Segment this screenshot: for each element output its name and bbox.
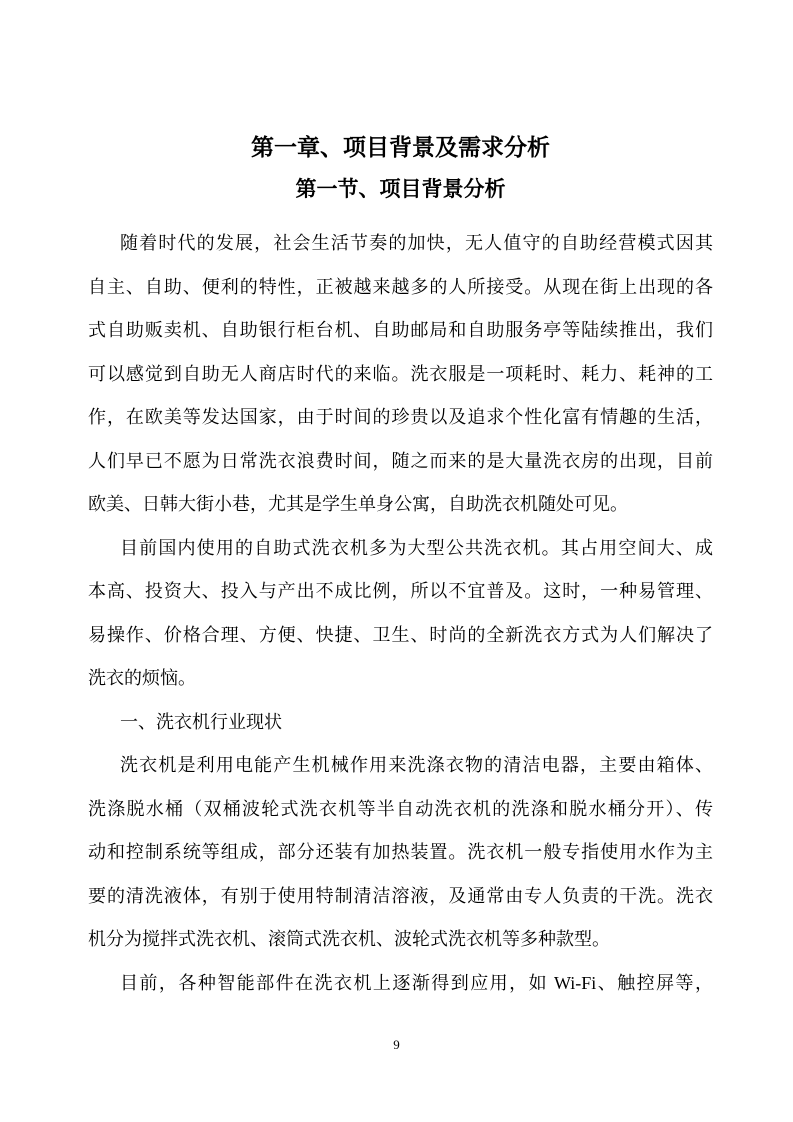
paragraph-line: 式自助贩卖机、自助银行柜台机、自助邮局和自助服务亭等陆续推出，我们: [88, 309, 713, 353]
paragraph-line: 目前，各种智能部件在洗衣机上逐渐得到应用，如 Wi-Fi、触控屏等，: [88, 962, 713, 1006]
chapter-title: 第一章、项目背景及需求分析: [88, 131, 713, 165]
paragraph-line: 目前国内使用的自助式洗衣机多为大型公共洗衣机。其占用空间大、成: [88, 527, 713, 571]
paragraph-line: 可以感觉到自助无人商店时代的来临。洗衣服是一项耗时、耗力、耗神的工: [88, 353, 713, 397]
page-number: 9: [0, 1037, 793, 1053]
paragraph-line: 洗涤脱水桶（双桶波轮式洗衣机等半自动洗衣机的洗涤和脱水桶分开）、传: [88, 788, 713, 832]
paragraph-line: 随着时代的发展，社会生活节奏的加快，无人值守的自助经营模式因其: [88, 222, 713, 266]
paragraph-line: 自主、自助、便利的特性，正被越来越多的人所接受。从现在街上出现的各: [88, 266, 713, 310]
section-title: 第一节、项目背景分析: [88, 172, 713, 206]
paragraph-line: 洗衣的烦恼。: [88, 657, 713, 701]
paragraph-line: 机分为搅拌式洗衣机、滚筒式洗衣机、波轮式洗衣机等多种款型。: [88, 918, 713, 962]
document-page: 第一章、项目背景及需求分析 第一节、项目背景分析 随着时代的发展，社会生活节奏的…: [0, 0, 793, 1122]
paragraph-line: 作，在欧美等发达国家，由于时间的珍贵以及追求个性化富有情趣的生活，: [88, 396, 713, 440]
document-body: 随着时代的发展，社会生活节奏的加快，无人值守的自助经营模式因其自主、自助、便利的…: [88, 222, 713, 1005]
paragraph-line: 易操作、价格合理、方便、快捷、卫生、时尚的全新洗衣方式为人们解决了: [88, 614, 713, 658]
paragraph-line: 动和控制系统等组成，部分还装有加热装置。洗衣机一般专指使用水作为主: [88, 831, 713, 875]
paragraph-line: 洗衣机是利用电能产生机械作用来洗涤衣物的清洁电器，主要由箱体、: [88, 744, 713, 788]
paragraph-line: 要的清洗液体，有别于使用特制清洁溶液，及通常由专人负责的干洗。洗衣: [88, 875, 713, 919]
paragraph-line: 人们早已不愿为日常洗衣浪费时间，随之而来的是大量洗衣房的出现，目前: [88, 440, 713, 484]
paragraph-line: 本高、投资大、投入与产出不成比例，所以不宜普及。这时，一种易管理、: [88, 570, 713, 614]
paragraph-line: 欧美、日韩大街小巷，尤其是学生单身公寓，自助洗衣机随处可见。: [88, 483, 713, 527]
heading-line: 一、洗衣机行业现状: [88, 701, 713, 745]
